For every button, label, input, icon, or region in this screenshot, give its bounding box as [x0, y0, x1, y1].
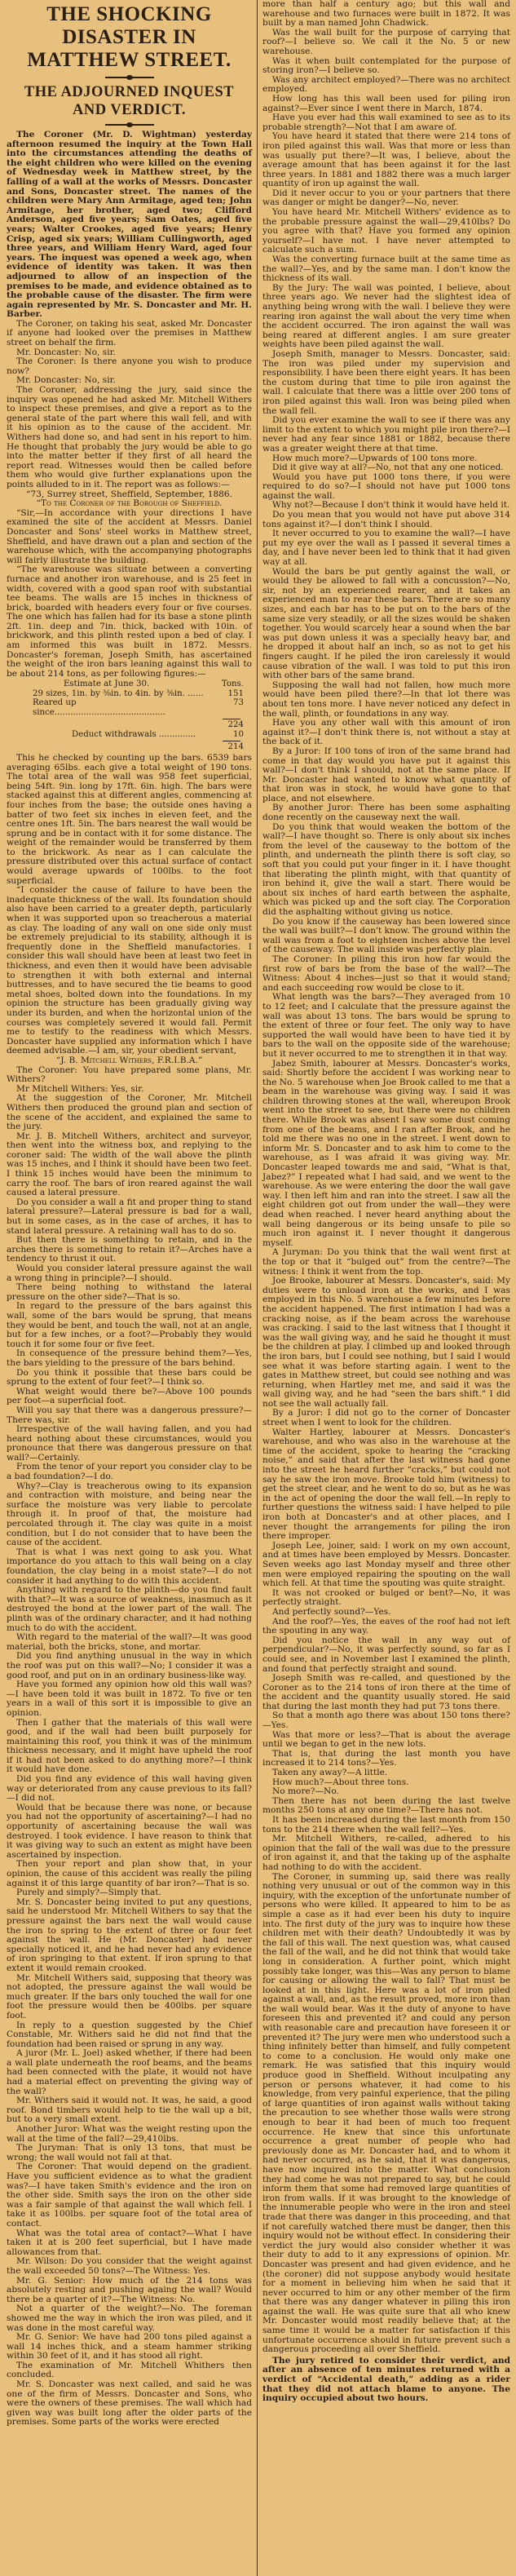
estimate-deduct: Deduct withdrawals .............. 10 — [7, 730, 252, 740]
paragraph: A Juryman: Do you think that the wall we… — [262, 1248, 510, 1277]
paragraph: You have heard it stated that there were… — [262, 132, 510, 189]
paragraph: The Coroner: In piling this iron how far… — [262, 955, 510, 993]
paragraph: It was not crooked or bulged or bent?—No… — [262, 1589, 510, 1608]
paragraph: Would that be because there was none, or… — [7, 1804, 252, 1861]
paragraph: Mr. G. Senior: We have had 200 tons pile… — [7, 2333, 252, 2361]
paragraph: “Sir,—In accordance with your directions… — [7, 509, 252, 566]
paragraph: With regard to the material of the wall?… — [7, 1633, 252, 1652]
paragraph: It never occurred to you to examine the … — [262, 529, 510, 567]
ornamental-rule — [105, 124, 154, 126]
paragraph: Did it never occur to you or your partne… — [262, 189, 510, 208]
paragraph: Did you notice the wall in any way out o… — [262, 1636, 510, 1674]
paragraph: Jabez Smith, labourer at Messrs. Doncast… — [262, 1060, 510, 1249]
headline-main: THE SHOCKING DISASTER IN MATTHEW STREET. — [7, 0, 252, 72]
estimate-header: Estimate at June 30. Tons. — [7, 679, 252, 689]
paragraph: What length was the bars?—They averaged … — [262, 993, 510, 1059]
left-column: THE SHOCKING DISASTER IN MATTHEW STREET.… — [0, 0, 258, 2576]
paragraph: The Coroner: Is there anyone you wish to… — [7, 357, 252, 376]
paragraph: Mr. Wilson: Do you consider that the wei… — [7, 2257, 252, 2276]
paragraph: Would the bars be put gently against the… — [262, 568, 510, 681]
paragraph: A juror (Mr. L. Joel) asked whether, if … — [7, 2049, 252, 2096]
paragraph: In consequence of the pressure behind th… — [7, 1349, 252, 1368]
paragraph: Do you know if the causeway has been low… — [262, 918, 510, 955]
sum-rule — [223, 719, 240, 719]
paragraph: Then I gather that the materials of this… — [7, 1719, 252, 1776]
paragraph: Have you formed any opinion how old this… — [7, 1680, 252, 1718]
paragraph: That is, that during the last month you … — [262, 1750, 510, 1768]
report-signature: “J. B. Mitchell Withers, F.R.I.B.A.” — [7, 1056, 252, 1066]
estimate-unit: Tons. — [211, 679, 252, 689]
paragraph: The examination of Mr. Mitchell Whithers… — [7, 2361, 252, 2380]
weight-estimate-table: Estimate at June 30. Tons. 29 sizes, 1in… — [7, 679, 252, 752]
paragraph: In reply to a question suggested by the … — [7, 2021, 252, 2050]
paragraph: Did you ever examine the wall to see if … — [262, 416, 510, 454]
paragraph: more than half a century ago; but this w… — [262, 0, 510, 29]
paragraph: Do you think that would weaken the botto… — [262, 823, 510, 918]
paragraph: Do you mean that you would not have put … — [262, 511, 510, 529]
paragraph: The Coroner, addressing the jury, said s… — [7, 386, 252, 490]
paragraph: Not a quarter of the weight?—No. The for… — [7, 2304, 252, 2333]
paragraph: By another Juror: There has been some as… — [262, 803, 510, 822]
newspaper-page: THE SHOCKING DISASTER IN MATTHEW STREET.… — [0, 0, 516, 2576]
paragraph: It has been increased during the last mo… — [262, 1816, 510, 1835]
paragraph: Did it give way at all?—No, not that any… — [262, 463, 510, 473]
paragraph: Did you find any evidence of this wall h… — [7, 1775, 252, 1804]
paragraph: “The warehouse was situate between a con… — [7, 565, 252, 679]
estimate-heading: Estimate at June 30. — [7, 679, 211, 689]
paragraph: The Coroner: That would depend on the gr… — [7, 2162, 252, 2229]
estimate-subtotal: 224 — [7, 720, 252, 730]
paragraph: Mr. Mitchell Withers said, supposing tha… — [7, 1974, 252, 2021]
right-column: more than half a century ago; but this w… — [258, 0, 515, 2576]
paragraph: By the Jury: The wall was pointed, I bel… — [262, 284, 510, 350]
paragraph: That is what I was next going to ask you… — [7, 1548, 252, 1586]
paragraph: In regard to the pressure of the bars ag… — [7, 1302, 252, 1349]
paragraph: Was it when built contemplated for the p… — [262, 57, 510, 76]
estimate-row: Reared up since.........................… — [7, 698, 252, 717]
paragraph: This he checked by counting up the bars.… — [7, 754, 252, 886]
estimate-total: 214 — [7, 742, 252, 752]
paragraph: Joseph Smith, manager to Messrs. Doncast… — [262, 350, 510, 416]
paragraph: Supposing the wall had not fallen, how m… — [262, 681, 510, 719]
paragraph: The Coroner, on taking his seat, asked M… — [7, 320, 252, 348]
paragraph: Joseph Lee, joiner, said: I work on my o… — [262, 1542, 510, 1589]
paragraph: Then your report and plan show that, in … — [7, 1860, 252, 1888]
paragraph: Walter Hartley, labourer at Messrs. Donc… — [262, 1428, 510, 1542]
headline-sub: THE ADJOURNED INQUEST AND VERDICT. — [7, 83, 252, 119]
paragraph: By a Juror: If 100 tons of iron of the s… — [262, 747, 510, 804]
paragraph: Mr. S. Doncaster was next called, and sa… — [7, 2380, 252, 2428]
paragraph: Mr. Mitchell Withers, re-called, adhered… — [262, 1835, 510, 1872]
paragraph: But then there is something to retain, a… — [7, 1236, 252, 1264]
paragraph: From the tenor of your report you consid… — [7, 1463, 252, 1481]
paragraph: And perfectly sound?—Yes. — [262, 1608, 510, 1618]
paragraph: “I consider the cause of failure to have… — [7, 886, 252, 1056]
paragraph: The Coroner: You have prepared some plan… — [7, 1066, 252, 1085]
paragraph: What was the total area of contact?—What… — [7, 2229, 252, 2258]
ornamental-rule — [105, 77, 154, 78]
paragraph: Did you find anything unusual in the way… — [7, 1652, 252, 1680]
paragraph: Another Juror: What was the weight resti… — [7, 2125, 252, 2144]
paragraph: Joe Brooke, labourer at Messrs. Doncaste… — [262, 1277, 510, 1409]
paragraph: What weight would there be?—Above 100 po… — [7, 1388, 252, 1406]
paragraph: Was any architect employed?—There was no… — [262, 76, 510, 95]
paragraph: And the roof?—Yes, the eaves of the roof… — [262, 1618, 510, 1636]
paragraph: Mr. Withers said it would not. It was, h… — [7, 2096, 252, 2125]
paragraph: So that a month ago there was about 150 … — [262, 1711, 510, 1730]
paragraph: Taken any away?—A little. — [262, 1768, 510, 1778]
paragraph: Was that more or less?—That is about the… — [262, 1731, 510, 1750]
paragraph: Mr. S. Doncaster being invited to put an… — [7, 1898, 252, 1974]
paragraph: By a Juror: I did not go to the corner o… — [262, 1409, 510, 1427]
paragraph: The Coroner (Mr. D. Wightman) yesterday … — [7, 131, 252, 320]
sum-rule — [223, 741, 240, 741]
paragraph: Was the converting furnace built at the … — [262, 255, 510, 284]
paragraph: How long has this wall been used for pil… — [262, 95, 510, 113]
paragraph: Why?—Clay is treacherous owing to its ex… — [7, 1482, 252, 1548]
paragraph: Mr. J. B. Mitchell Withers, architect an… — [7, 1132, 252, 1198]
paragraph: Have you ever had this wall examined to … — [262, 113, 510, 132]
paragraph: At the suggestion of the Coroner, Mr. Mi… — [7, 1094, 252, 1131]
paragraph: Do you think it possible that these bars… — [7, 1369, 252, 1388]
paragraph: Anything with regard to the plinth—do yo… — [7, 1586, 252, 1633]
paragraph: Have you any other wall with this amount… — [262, 719, 510, 747]
estimate-row: 29 sizes, 1in. by ⅜in. to 4in. by ⅜in. .… — [7, 689, 252, 699]
paragraph: Will you say that there was a dangerous … — [7, 1406, 252, 1425]
verdict-paragraph: The jury retired to consider their verdi… — [262, 2357, 510, 2404]
paragraph: Then there has not been during the last … — [262, 1797, 510, 1816]
report-addressee: “To the Coroner of the Borough of Sheffi… — [7, 499, 252, 509]
paragraph: Joseph Smith was re-called, and question… — [262, 1674, 510, 1711]
paragraph: Would you consider lateral pressure agai… — [7, 1264, 252, 1283]
paragraph: Would you have put 1000 tons there, if y… — [262, 473, 510, 502]
paragraph: You have heard Mr. Mitchell Withers' evi… — [262, 208, 510, 255]
paragraph: Do you consider a wall a fit and proper … — [7, 1198, 252, 1236]
paragraph: The Juryman: That is only 13 tons, that … — [7, 2144, 252, 2162]
paragraph: Irrespective of the wall having fallen, … — [7, 1425, 252, 1463]
paragraph: Mr. G. Senior: How much of the 214 tons … — [7, 2277, 252, 2305]
paragraph: The Coroner, in summing up, said there w… — [262, 1873, 510, 2355]
paragraph: Was the wall built for the purpose of ca… — [262, 29, 510, 57]
paragraph: There being nothing to withstand the lat… — [7, 1283, 252, 1302]
